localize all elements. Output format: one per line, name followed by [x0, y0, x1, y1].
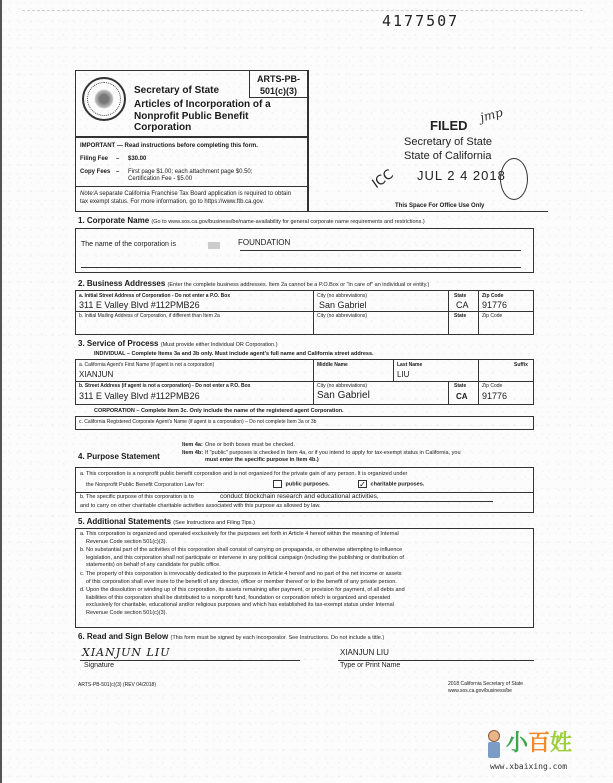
charitable-purposes-label: charitable purposes. [371, 481, 425, 487]
agent-city-label: City (no abbreviations) [317, 383, 367, 389]
section5-title: Additional Statements [87, 517, 171, 526]
office-use-label: This Space For Office Use Only [395, 203, 484, 209]
redacted-block [208, 242, 220, 249]
statement-b-line1: b. No substantial part of the activities… [80, 547, 402, 555]
col-divider [478, 381, 479, 404]
signature-label: Signature [84, 662, 114, 669]
mailing-label: b. Initial Mailing Address of Corporatio… [79, 313, 220, 319]
section6-title: Read and Sign Below [87, 632, 168, 641]
section6-heading: 6. Read and Sign Below (This form must b… [78, 632, 384, 641]
important-box: IMPORTANT — Read instructions before com… [75, 137, 308, 212]
section1-note: (Go to www.sos.ca.gov/business/be/name-a… [151, 219, 424, 225]
stamp-date: JUL 2 4 2018 [417, 168, 506, 183]
statement-d-line2: liabilities of this corporation shall be… [86, 595, 390, 603]
col-divider [448, 381, 449, 404]
name-underline-1 [240, 250, 521, 251]
last-name-label: Last Name [397, 362, 422, 368]
copy-fees-line1: First page $1.00; each attachment page $… [128, 169, 252, 175]
agent-street-field[interactable]: 311 E Valley Blvd #112PMB26 [79, 391, 200, 401]
individual-note: INDIVIDUAL – Complete Items 3a and 3b on… [94, 351, 374, 357]
item4b-line2: must enter the specific purpose in Item … [205, 457, 319, 463]
specific-purpose-line2: and to carry on other charitable charita… [80, 503, 321, 511]
section3-heading: 3. Service of Process (Must provide eith… [78, 339, 278, 348]
col-divider [393, 360, 394, 381]
specific-purpose-prefix: b. The specific purpose of this corporat… [80, 494, 194, 502]
additional-statements-box: a. This corporation is organized and ope… [75, 528, 534, 628]
city-label: City (no abbreviations) [317, 293, 367, 299]
filing-fee-label: Filing Fee [80, 156, 108, 162]
mailing-city-label: City (no abbreviations) [317, 313, 367, 319]
agency-name: Secretary of State [134, 85, 219, 96]
state-field[interactable]: CA [456, 300, 469, 310]
agent-city-field[interactable]: San Gabriel [317, 390, 370, 401]
stamp-initials: jmp [479, 105, 505, 124]
first-name-label: a. California Agent's First Name (if age… [79, 362, 214, 368]
note-line2: tax exempt status. For more information,… [80, 199, 264, 205]
mailing-zip-label: Zip Code [482, 313, 502, 319]
section2-title: Business Addresses [87, 279, 165, 288]
row-divider [76, 311, 533, 312]
california-state-seal-icon [82, 77, 126, 121]
name-underline-2 [81, 267, 521, 268]
business-address-table: a. Initial Street Address of Corporation… [75, 290, 534, 335]
filed-stamp: FILED [430, 118, 468, 133]
col-divider [478, 360, 479, 381]
statement-c-line1: c. The property of this corporation is i… [80, 571, 402, 579]
first-name-field[interactable]: XIANJUN [79, 370, 113, 379]
section3-title: Service of Process [87, 339, 159, 348]
footer-copyright: 2018 California Secretary of State [448, 681, 523, 687]
handwritten-note: ICC [370, 167, 397, 192]
row-divider [76, 381, 533, 382]
section1-heading: 1. Corporate Name (Go to www.sos.ca.gov/… [78, 216, 425, 225]
filing-fee-value: $30.00 [128, 156, 146, 162]
item4a-text: One or both boxes must be checked. [205, 442, 295, 448]
purpose-box: a. This corporation is a nonprofit publi… [75, 467, 534, 513]
statement-a-line1: a. This corporation is organized and ope… [80, 531, 399, 539]
charitable-purposes-checkbox[interactable]: ✓ [358, 480, 367, 488]
city-field[interactable]: San Gabriel [319, 300, 367, 310]
agent-state-label: State [454, 383, 466, 389]
col-divider [448, 291, 449, 334]
copy-fees-line2: Certification Fee - $5.00 [128, 176, 192, 182]
note-label: Note: [80, 191, 94, 197]
zip-field[interactable]: 91776 [482, 300, 507, 310]
form-code-line1: ARTS-PB- [250, 73, 307, 85]
col-divider [478, 291, 479, 334]
section6-note: (This form must be signed by each incorp… [170, 635, 384, 641]
copy-fees-label: Copy Fees [80, 169, 110, 175]
form-revision: ARTS-PB-501(c)(3) (REV 04/2018) [78, 682, 156, 688]
handwritten-circle-mark-icon [500, 158, 528, 200]
statement-b-line3: statements) on behalf of any candidate f… [86, 562, 221, 570]
printed-name-field[interactable]: XIANJUN LIU [340, 648, 389, 657]
corporation-note: CORPORATION – Complete Item 3c. Only inc… [94, 408, 344, 414]
section2-note: (Enter the complete business addresses. … [168, 282, 430, 288]
corporate-name-field[interactable]: FOUNDATION [238, 238, 290, 247]
section3-note: (Must provide either Individual OR Corpo… [161, 342, 278, 348]
corporate-name-box: The name of the corporation is FOUNDATIO… [75, 228, 534, 273]
public-purposes-label: public purposes. [286, 481, 330, 487]
purpose-a-line1: a. This corporation is a nonprofit publi… [80, 471, 407, 479]
farmer-mascot-icon [486, 730, 500, 760]
copy-fees-dash: – [116, 169, 119, 175]
agent-state-field[interactable]: CA [456, 392, 468, 401]
agent-table: a. California Agent's First Name (if age… [75, 359, 534, 405]
printed-name-label: Type or Print Name [340, 662, 400, 669]
section4-title: Purpose Statement [87, 452, 160, 461]
public-purposes-checkbox[interactable] [273, 480, 282, 488]
corporate-agent-box: c. California Registered Corporate Agent… [75, 416, 534, 430]
last-name-field[interactable]: LIU [397, 370, 409, 379]
purpose-a-line2: the Nonprofit Public Benefit Corporation… [86, 482, 204, 490]
form-code-line2: 501(c)(3) [250, 85, 307, 97]
street-field[interactable]: 311 E Valley Blvd #112PMB26 [79, 300, 200, 310]
important-divider [76, 186, 307, 187]
col-divider [313, 291, 314, 334]
header-right-border [308, 70, 309, 212]
form-code: ARTS-PB- 501(c)(3) [249, 70, 308, 98]
statement-c-line2: of this corporation shall ever inure to … [86, 579, 397, 587]
office-use-line [308, 211, 548, 212]
statement-d-line4: Revenue Code section 501(c)(3). [86, 610, 167, 618]
suffix-label: Suffix [514, 362, 528, 368]
corporate-agent-label: c. California Registered Corporate Agent… [79, 419, 316, 425]
important-heading: IMPORTANT — Read instructions before com… [80, 143, 258, 149]
statement-a-line2: Revenue Code section 501(c)(3). [86, 539, 167, 547]
public-purposes-option[interactable]: public purposes. [271, 480, 330, 489]
item4b-label: Item 4b: [182, 450, 203, 456]
purpose-underline [218, 501, 493, 502]
signature-line [80, 660, 300, 661]
agent-zip-label: Zip Code [482, 383, 502, 389]
section5-note: (See Instructions and Filing Tips.) [173, 520, 255, 526]
form-title-line1: Articles of Incorporation of a [134, 99, 271, 110]
footer-url: www.sos.ca.gov/business/be [448, 688, 512, 694]
state-label: State [454, 293, 466, 299]
item4b-line1: If "public" purposes is checked in Item … [205, 450, 461, 456]
statement-d-line1: d. Upon the dissolution or winding up of… [80, 587, 405, 595]
specific-purpose-field[interactable]: conduct blockchain research and educatio… [220, 493, 379, 501]
charitable-purposes-option[interactable]: ✓ charitable purposes. [356, 480, 424, 489]
corporate-name-label: The name of the corporation is [81, 241, 176, 248]
signature-field[interactable]: XIANJUN LIU [82, 646, 170, 659]
stamp-line1: Secretary of State [404, 136, 492, 148]
note-line1: A separate California Franchise Tax Boar… [94, 191, 291, 197]
section2-heading: 2. Business Addresses (Enter the complet… [78, 279, 429, 288]
watermark-url: www.xbaixing.com [490, 762, 567, 771]
form-title-line2: Nonprofit Public Benefit Corporation [134, 111, 307, 133]
watermark-chinese-text: 小百姓 [506, 726, 572, 757]
document-page: 4177507 Secretary of State Articles of I… [0, 0, 613, 783]
middle-name-label: Middle Name [317, 362, 348, 368]
col-divider [313, 360, 314, 404]
item4a-label: Item 4a: [182, 442, 203, 448]
section5-heading: 5. Additional Statements (See Instructio… [78, 517, 255, 526]
agent-street-label: b. Street Address (if agent is not a cor… [79, 383, 250, 389]
scan-edge-line [22, 10, 583, 11]
statement-b-line2: legislation, and this corporation shall … [86, 555, 404, 563]
statement-d-line3: exclusively for charitable, educational … [86, 602, 394, 610]
filing-fee-dash: – [116, 156, 119, 162]
form-header: Secretary of State Articles of Incorpora… [75, 70, 308, 137]
stamp-line2: State of California [404, 150, 491, 162]
agent-zip-field[interactable]: 91776 [482, 391, 507, 401]
street-label: a. Initial Street Address of Corporation… [79, 293, 230, 299]
section4-heading: 4. Purpose Statement [78, 452, 160, 461]
zip-label: Zip Code [482, 293, 503, 299]
printed-name-line [338, 660, 534, 661]
document-number: 4177507 [382, 12, 459, 30]
section1-title: Corporate Name [87, 216, 149, 225]
mailing-state-label: State [454, 313, 466, 319]
site-watermark: 小百姓 www.xbaixing.com [480, 726, 605, 776]
